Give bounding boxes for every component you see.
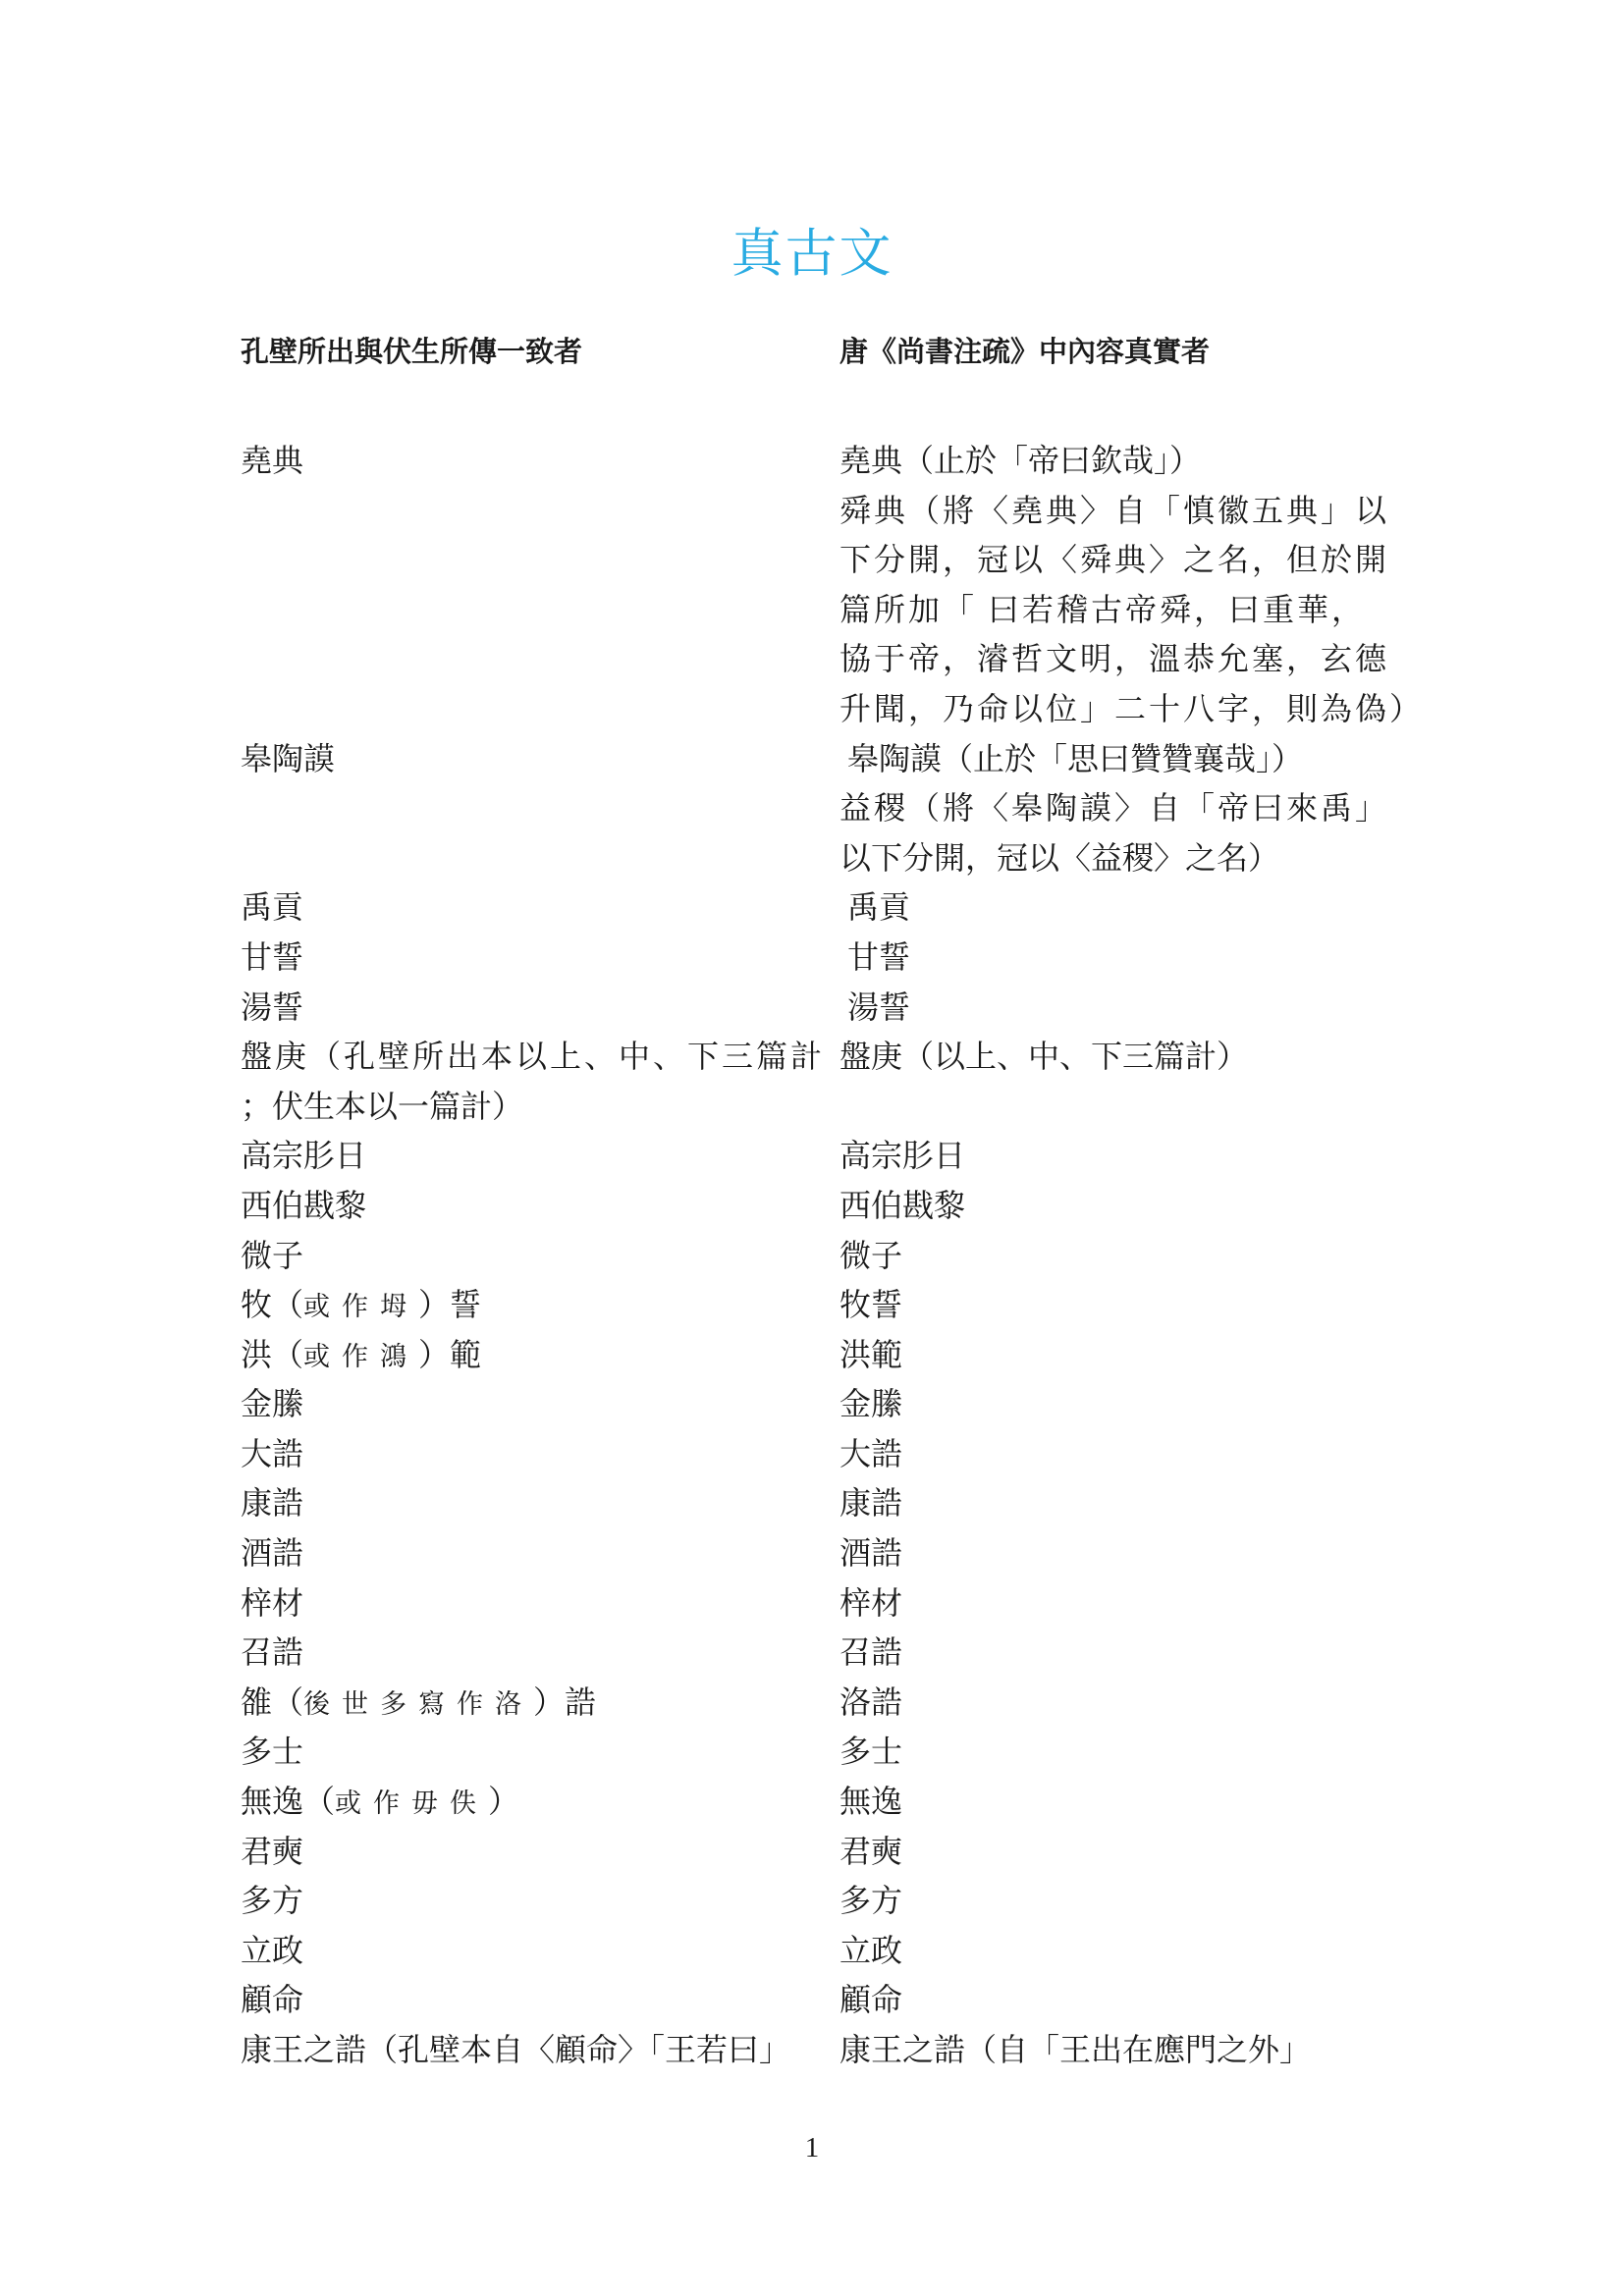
text-segment: 多方 — [839, 1883, 902, 1918]
right-cell: 金縢 — [839, 1379, 1526, 1429]
left-cell: 康誥 — [241, 1478, 839, 1528]
text-segment: 顧命 — [839, 1982, 902, 2017]
table-row: 篇所加「 曰若稽古帝舜，曰重華， — [241, 585, 1526, 635]
left-cell: 多士 — [241, 1727, 839, 1777]
text-segment: 召誥 — [839, 1634, 902, 1670]
left-cell: 堯典 — [241, 436, 839, 486]
text-segment: 多方 — [241, 1883, 303, 1918]
text-segment: 康王之誥（自「王出在應門之外」 — [839, 2032, 1311, 2067]
left-cell: 高宗肜日 — [241, 1131, 839, 1181]
left-column-header: 孔壁所出與伏生所傳一致者 — [241, 330, 839, 370]
text-segment: 盤庚（孔壁所出本以上、中、下三篇計 — [241, 1039, 825, 1074]
text-segment: 酒誥 — [839, 1535, 902, 1571]
text-segment: 康誥 — [241, 1485, 303, 1521]
right-cell: 多士 — [839, 1727, 1526, 1777]
text-segment: 下分開，冠以〈舜典〉之名，但於開 — [839, 542, 1389, 577]
table-row: 多士多士 — [241, 1727, 1526, 1777]
text-segment: 金縢 — [241, 1386, 303, 1421]
right-cell: 牧誓 — [839, 1280, 1526, 1330]
column-headers: 孔壁所出與伏生所傳一致者 唐《尚書注疏》中內容真實者 — [241, 330, 1506, 370]
left-cell: 金縢 — [241, 1379, 839, 1429]
table-row: 甘誓 甘誓 — [241, 933, 1526, 983]
left-cell: 召誥 — [241, 1628, 839, 1678]
table-row: 禹貢 禹貢 — [241, 882, 1526, 933]
left-cell — [241, 783, 839, 833]
text-segment: ）誓 — [418, 1287, 481, 1322]
text-segment: 康王之誥（孔壁本自〈顧命〉「王若曰」 — [241, 2032, 790, 2067]
text-segment: 洪範 — [839, 1337, 902, 1372]
text-segment: 大誥 — [241, 1436, 303, 1471]
text-segment: 金縢 — [839, 1386, 902, 1421]
right-cell: 堯典（止於「帝曰欽哉」） — [839, 436, 1526, 486]
right-cell: 洛誥 — [839, 1678, 1526, 1728]
table-row: 君奭君奭 — [241, 1827, 1526, 1877]
left-cell: 禹貢 — [241, 882, 839, 933]
left-cell: 酒誥 — [241, 1528, 839, 1578]
right-cell: 多方 — [839, 1876, 1526, 1926]
text-segment: 湯誓 — [241, 989, 303, 1025]
text-segment: 洪（ — [241, 1337, 303, 1372]
right-cell — [839, 1082, 1526, 1132]
text-segment: ；伏生本以一篇計） — [241, 1089, 523, 1124]
right-cell: 皋陶謨（止於「思曰贊贊襄哉」） — [839, 734, 1526, 784]
right-cell: 舜典（將〈堯典〉自「慎徽五典」以 — [839, 486, 1526, 536]
left-cell — [241, 684, 839, 734]
table-row: 升聞，乃命以位」二十八字，則為偽） — [241, 684, 1526, 734]
text-segment: 高宗肜日 — [839, 1138, 965, 1173]
table-row: 雒（後世多寫作洛）誥洛誥 — [241, 1678, 1526, 1728]
table-row: 無逸（或作毋佚）無逸 — [241, 1777, 1526, 1827]
right-cell: 禹貢 — [839, 882, 1526, 933]
text-segment: 洛誥 — [839, 1684, 902, 1720]
left-cell: 立政 — [241, 1926, 839, 1976]
text-segment: 堯典 — [241, 443, 303, 478]
table-row: 立政立政 — [241, 1926, 1526, 1976]
text-segment: 舜典（將〈堯典〉自「慎徽五典」以 — [839, 493, 1389, 528]
variant-annotation: 或作毋佚 — [335, 1789, 488, 1818]
table-row: 高宗肜日高宗肜日 — [241, 1131, 1526, 1181]
right-cell: 洪範 — [839, 1330, 1526, 1380]
right-cell: 湯誓 — [839, 983, 1526, 1033]
right-cell: 康誥 — [839, 1478, 1526, 1528]
text-segment: 立政 — [839, 1933, 902, 1968]
left-cell: 牧（或作坶）誓 — [241, 1280, 839, 1330]
left-cell: 皋陶謨 — [241, 734, 839, 784]
table-row: 皋陶謨 皋陶謨（止於「思曰贊贊襄哉」） — [241, 734, 1526, 784]
left-cell: 梓材 — [241, 1578, 839, 1629]
right-cell: 協于帝，濬哲文明，溫恭允塞，玄德 — [839, 634, 1526, 684]
variant-annotation: 或作坶 — [303, 1292, 418, 1321]
text-segment: 甘誓 — [241, 939, 303, 975]
left-cell: 君奭 — [241, 1827, 839, 1877]
text-segment: 湯誓 — [839, 989, 910, 1025]
table-row: 顧命顧命 — [241, 1975, 1526, 2025]
text-segment: 盤庚（以上、中、下三篇計） — [839, 1039, 1248, 1074]
right-cell: 以下分開，冠以〈益稷〉之名） — [839, 833, 1526, 883]
table-row: 牧（或作坶）誓牧誓 — [241, 1280, 1526, 1330]
left-cell: 多方 — [241, 1876, 839, 1926]
left-cell: ；伏生本以一篇計） — [241, 1082, 839, 1132]
text-segment: 微子 — [241, 1238, 303, 1273]
right-cell: 立政 — [839, 1926, 1526, 1976]
table-row: 召誥召誥 — [241, 1628, 1526, 1678]
table-row: 多方多方 — [241, 1876, 1526, 1926]
right-column-header: 唐《尚書注疏》中內容真實者 — [839, 330, 1506, 370]
text-segment: ）範 — [418, 1337, 481, 1372]
table-row: 以下分開，冠以〈益稷〉之名） — [241, 833, 1526, 883]
left-cell — [241, 486, 839, 536]
table-row: 西伯戡黎西伯戡黎 — [241, 1181, 1526, 1231]
text-segment: 禹貢 — [241, 889, 303, 925]
text-segment: 甘誓 — [839, 939, 910, 975]
comparison-table: 堯典堯典（止於「帝曰欽哉」）舜典（將〈堯典〉自「慎徽五典」以下分開，冠以〈舜典〉… — [241, 436, 1526, 2075]
table-row: 康誥康誥 — [241, 1478, 1526, 1528]
page-number: 1 — [0, 2132, 1624, 2164]
left-cell: 無逸（或作毋佚） — [241, 1777, 839, 1827]
text-segment: 以下分開，冠以〈益稷〉之名） — [839, 840, 1279, 876]
right-cell: 召誥 — [839, 1628, 1526, 1678]
text-segment: 多士 — [839, 1734, 902, 1769]
text-segment: 多士 — [241, 1734, 303, 1769]
left-cell: 西伯戡黎 — [241, 1181, 839, 1231]
left-cell: 甘誓 — [241, 933, 839, 983]
text-segment: 召誥 — [241, 1634, 303, 1670]
page-title: 真古文 — [0, 212, 1624, 287]
table-row: 湯誓 湯誓 — [241, 983, 1526, 1033]
table-row: 舜典（將〈堯典〉自「慎徽五典」以 — [241, 486, 1526, 536]
left-cell — [241, 585, 839, 635]
right-cell: 顧命 — [839, 1975, 1526, 2025]
left-cell: 顧命 — [241, 1975, 839, 2025]
right-cell: 下分開，冠以〈舜典〉之名，但於開 — [839, 535, 1526, 585]
left-cell — [241, 634, 839, 684]
text-segment: ）誥 — [533, 1684, 596, 1720]
right-cell: 甘誓 — [839, 933, 1526, 983]
right-cell: 康王之誥（自「王出在應門之外」 — [839, 2025, 1526, 2075]
left-cell: 大誥 — [241, 1429, 839, 1479]
right-cell: 梓材 — [839, 1578, 1526, 1629]
text-segment: 益稷（將〈皋陶謨〉自「帝曰來禹」 — [839, 790, 1389, 826]
text-segment: 梓材 — [839, 1585, 902, 1621]
text-segment: 牧誓 — [839, 1287, 902, 1322]
right-cell: 篇所加「 曰若稽古帝舜，曰重華， — [839, 585, 1526, 635]
text-segment: 禹貢 — [839, 889, 910, 925]
right-cell: 升聞，乃命以位」二十八字，則為偽） — [839, 684, 1526, 734]
table-row: 協于帝，濬哲文明，溫恭允塞，玄德 — [241, 634, 1526, 684]
text-segment: 雒（ — [241, 1684, 303, 1720]
right-cell: 盤庚（以上、中、下三篇計） — [839, 1032, 1526, 1082]
text-segment: 西伯戡黎 — [241, 1188, 366, 1223]
table-row: 洪（或作鴻）範洪範 — [241, 1330, 1526, 1380]
text-segment: 高宗肜日 — [241, 1138, 366, 1173]
table-row: 金縢金縢 — [241, 1379, 1526, 1429]
text-segment: 牧（ — [241, 1287, 303, 1322]
text-segment: 酒誥 — [241, 1535, 303, 1571]
table-row: 微子微子 — [241, 1231, 1526, 1281]
text-segment: 大誥 — [839, 1436, 902, 1471]
left-cell: 盤庚（孔壁所出本以上、中、下三篇計 — [241, 1032, 839, 1082]
text-segment: 無逸（ — [241, 1784, 335, 1819]
text-segment: 無逸 — [839, 1784, 902, 1819]
table-row: 大誥大誥 — [241, 1429, 1526, 1479]
left-cell: 湯誓 — [241, 983, 839, 1033]
text-segment: 西伯戡黎 — [839, 1188, 965, 1223]
right-cell: 益稷（將〈皋陶謨〉自「帝曰來禹」 — [839, 783, 1526, 833]
table-row: 酒誥酒誥 — [241, 1528, 1526, 1578]
left-cell: 雒（後世多寫作洛）誥 — [241, 1678, 839, 1728]
variant-annotation: 後世多寫作洛 — [303, 1689, 533, 1719]
variant-annotation: 或作鴻 — [303, 1342, 418, 1371]
right-cell: 酒誥 — [839, 1528, 1526, 1578]
left-cell — [241, 535, 839, 585]
text-segment: 皋陶謨 — [241, 741, 335, 776]
right-cell: 無逸 — [839, 1777, 1526, 1827]
table-row: 下分開，冠以〈舜典〉之名，但於開 — [241, 535, 1526, 585]
text-segment: 升聞，乃命以位」二十八字，則為偽） — [839, 691, 1424, 726]
text-segment: 立政 — [241, 1933, 303, 1968]
left-cell — [241, 833, 839, 883]
right-cell: 西伯戡黎 — [839, 1181, 1526, 1231]
text-segment: 君奭 — [839, 1834, 902, 1869]
right-cell: 微子 — [839, 1231, 1526, 1281]
left-cell: 微子 — [241, 1231, 839, 1281]
text-segment: ） — [488, 1784, 519, 1819]
left-cell: 康王之誥（孔壁本自〈顧命〉「王若曰」 — [241, 2025, 839, 2075]
table-row: ；伏生本以一篇計） — [241, 1082, 1526, 1132]
table-row: 梓材梓材 — [241, 1578, 1526, 1629]
text-segment: 篇所加「 曰若稽古帝舜，曰重華， — [839, 592, 1366, 627]
left-cell: 洪（或作鴻）範 — [241, 1330, 839, 1380]
right-cell: 君奭 — [839, 1827, 1526, 1877]
text-segment: 顧命 — [241, 1982, 303, 2017]
text-segment: 堯典（止於「帝曰欽哉」） — [839, 443, 1201, 478]
table-row: 盤庚（孔壁所出本以上、中、下三篇計盤庚（以上、中、下三篇計） — [241, 1032, 1526, 1082]
text-segment: 協于帝，濬哲文明，溫恭允塞，玄德 — [839, 641, 1389, 676]
table-row: 堯典堯典（止於「帝曰欽哉」） — [241, 436, 1526, 486]
text-segment: 皋陶謨（止於「思曰贊贊襄哉」） — [839, 741, 1303, 776]
text-segment: 梓材 — [241, 1585, 303, 1621]
right-cell: 大誥 — [839, 1429, 1526, 1479]
table-row: 康王之誥（孔壁本自〈顧命〉「王若曰」康王之誥（自「王出在應門之外」 — [241, 2025, 1526, 2075]
text-segment: 君奭 — [241, 1834, 303, 1869]
text-segment: 微子 — [839, 1238, 902, 1273]
right-cell: 高宗肜日 — [839, 1131, 1526, 1181]
table-row: 益稷（將〈皋陶謨〉自「帝曰來禹」 — [241, 783, 1526, 833]
text-segment: 康誥 — [839, 1485, 902, 1521]
